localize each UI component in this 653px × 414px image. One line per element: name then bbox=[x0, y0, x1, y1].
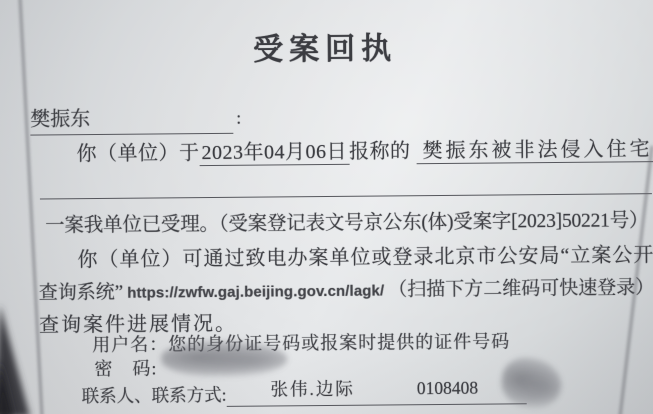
photo-edge-lines bbox=[0, 0, 653, 414]
left-border-line bbox=[20, 0, 42, 414]
receipt-photo: 受案回执 樊振东: 你（单位）于2023年04月06日报称的樊振东被非法侵入住宅… bbox=[0, 0, 653, 414]
right-border-line bbox=[620, 146, 652, 414]
